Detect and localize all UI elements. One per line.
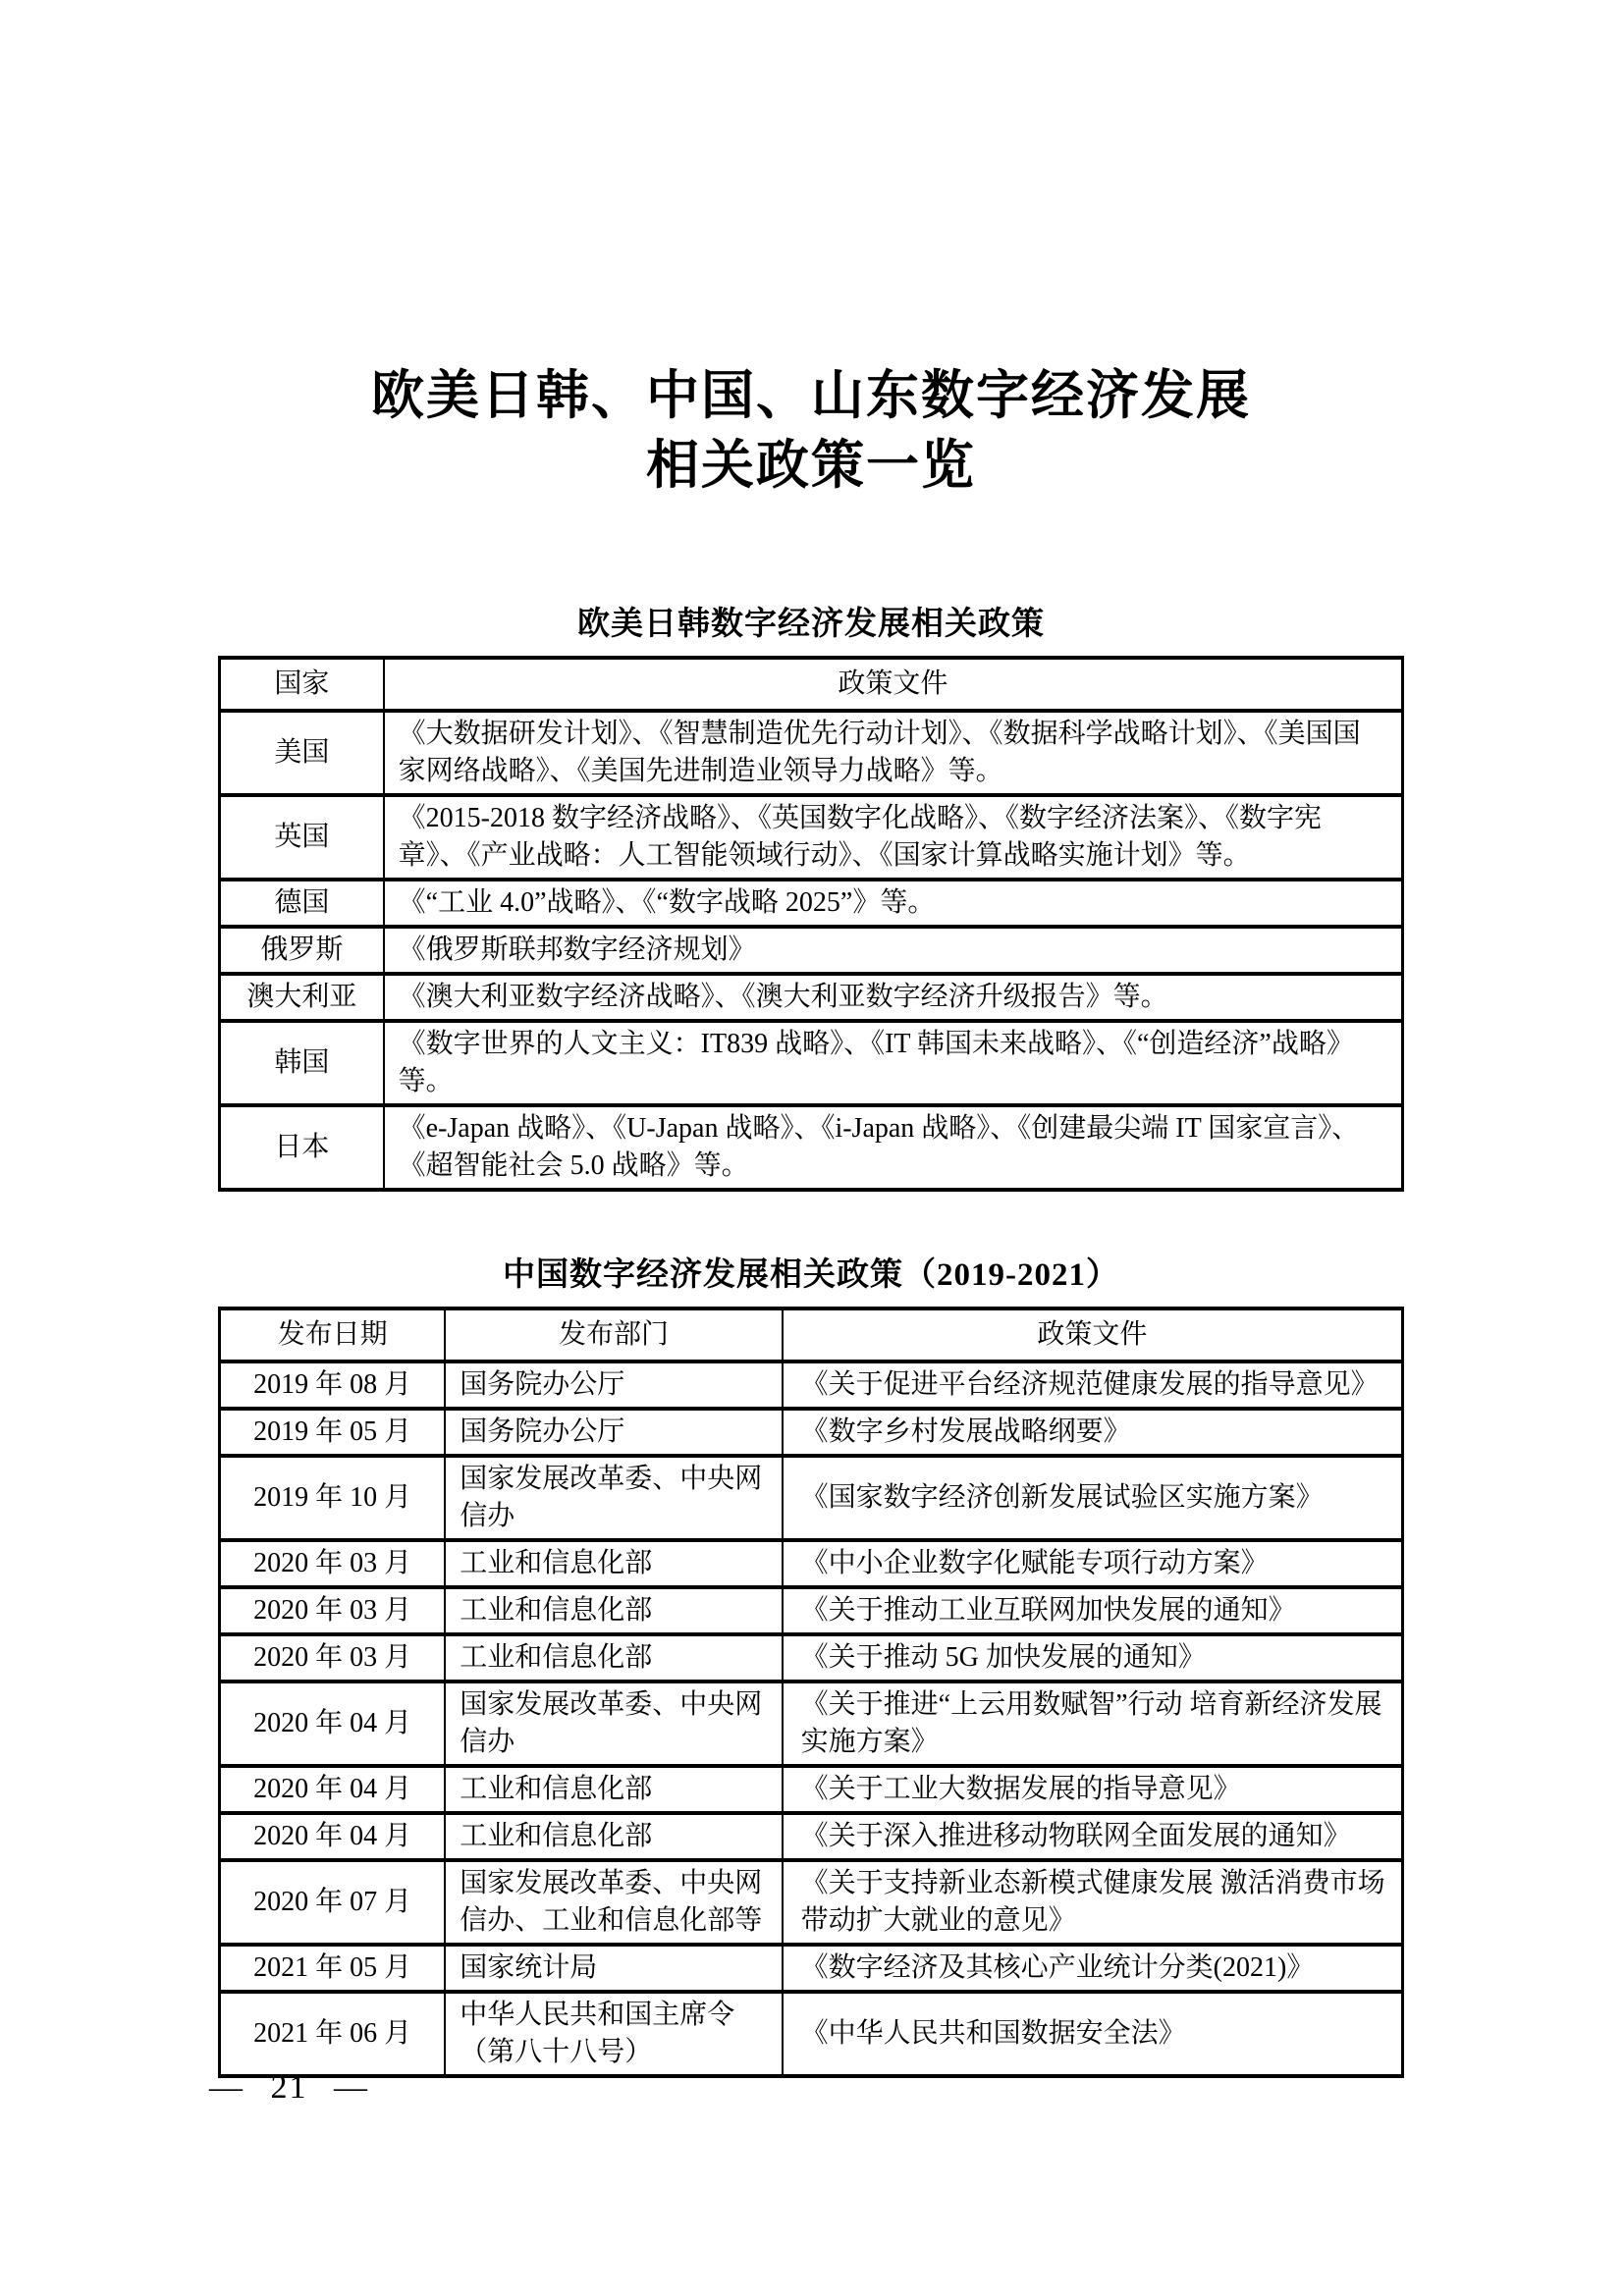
page-title-line2: 相关政策一览 bbox=[218, 431, 1404, 501]
table-cell: 国务院办公厅 bbox=[445, 1362, 782, 1409]
table-cell: 《关于工业大数据发展的指导意见》 bbox=[783, 1766, 1403, 1813]
table-row: 2020 年 03 月工业和信息化部《关于推动 5G 加快发展的通知》 bbox=[220, 1634, 1403, 1682]
header-row: 发布日期发布部门政策文件 bbox=[220, 1308, 1403, 1362]
page-title-line1: 欧美日韩、中国、山东数字经济发展 bbox=[218, 361, 1404, 431]
table-cell: 澳大利亚 bbox=[220, 974, 384, 1021]
table-cell: 工业和信息化部 bbox=[445, 1587, 782, 1634]
table-cell: 《关于促进平台经济规范健康发展的指导意见》 bbox=[783, 1362, 1403, 1409]
table-cell: 国家统计局 bbox=[445, 1945, 782, 1992]
table-cell: 《数字经济及其核心产业统计分类(2021)》 bbox=[783, 1945, 1403, 1992]
table-row: 2020 年 03 月工业和信息化部《关于推动工业互联网加快发展的通知》 bbox=[220, 1587, 1403, 1634]
table-cell: 日本 bbox=[220, 1105, 384, 1190]
table-row: 2019 年 05 月国务院办公厅《数字乡村发展战略纲要》 bbox=[220, 1409, 1403, 1456]
table-cell: 《澳大利亚数字经济战略》、《澳大利亚数字经济升级报告》等。 bbox=[384, 974, 1403, 1021]
table-row: 2020 年 07 月国家发展改革委、中央网信办、工业和信息化部等《关于支持新业… bbox=[220, 1860, 1403, 1945]
table-row: 2020 年 03 月工业和信息化部《中小企业数字化赋能专项行动方案》 bbox=[220, 1540, 1403, 1587]
table-row: 2021 年 06 月中华人民共和国主席令（第八十八号）《中华人民共和国数据安全… bbox=[220, 1992, 1403, 2076]
table-cell: 工业和信息化部 bbox=[445, 1766, 782, 1813]
column-header: 发布日期 bbox=[220, 1308, 446, 1362]
table-cell: 2020 年 03 月 bbox=[220, 1540, 446, 1587]
table1-caption: 欧美日韩数字经济发展相关政策 bbox=[218, 598, 1404, 644]
table-cell: 《中小企业数字化赋能专项行动方案》 bbox=[783, 1540, 1403, 1587]
document-page: 欧美日韩、中国、山东数字经济发展 相关政策一览 欧美日韩数字经济发展相关政策 国… bbox=[0, 0, 1624, 2296]
table-row: 2020 年 04 月国家发展改革委、中央网信办《关于推进“上云用数赋智”行动 … bbox=[220, 1682, 1403, 1766]
table-cell: 国务院办公厅 bbox=[445, 1409, 782, 1456]
table-cell: 2020 年 07 月 bbox=[220, 1860, 446, 1945]
table-cell: 《国家数字经济创新发展试验区实施方案》 bbox=[783, 1456, 1403, 1540]
column-header: 政策文件 bbox=[783, 1308, 1403, 1362]
table-row: 2021 年 05 月国家统计局《数字经济及其核心产业统计分类(2021)》 bbox=[220, 1945, 1403, 1992]
table-cell: 2020 年 04 月 bbox=[220, 1813, 446, 1860]
table-cell: 工业和信息化部 bbox=[445, 1813, 782, 1860]
table-cell: 国家发展改革委、中央网信办 bbox=[445, 1682, 782, 1766]
table-cell: 德国 bbox=[220, 880, 384, 927]
table-cell: 《关于深入推进移动物联网全面发展的通知》 bbox=[783, 1813, 1403, 1860]
table-cell: 《关于支持新业态新模式健康发展 激活消费市场带动扩大就业的意见》 bbox=[783, 1860, 1403, 1945]
table-cell: 《中华人民共和国数据安全法》 bbox=[783, 1992, 1403, 2076]
table-cell: 《数字世界的人文主义：IT839 战略》、《IT 韩国未来战略》、《“创造经济”… bbox=[384, 1021, 1403, 1105]
table-cell: 2019 年 05 月 bbox=[220, 1409, 446, 1456]
table-cell: 俄罗斯 bbox=[220, 927, 384, 974]
china-policy-table: 发布日期发布部门政策文件2019 年 08 月国务院办公厅《关于促进平台经济规范… bbox=[218, 1307, 1404, 2078]
table-cell: 2020 年 03 月 bbox=[220, 1634, 446, 1682]
page-number: — 21 — bbox=[209, 2069, 369, 2107]
table-row: 2020 年 04 月工业和信息化部《关于深入推进移动物联网全面发展的通知》 bbox=[220, 1813, 1403, 1860]
table-cell: 2019 年 08 月 bbox=[220, 1362, 446, 1409]
table2-caption: 中国数字经济发展相关政策（2019-2021） bbox=[218, 1249, 1404, 1295]
table-cell: 《俄罗斯联邦数字经济规划》 bbox=[384, 927, 1403, 974]
table-cell: 《e-Japan 战略》、《U-Japan 战略》、《i-Japan 战略》、《… bbox=[384, 1105, 1403, 1190]
table-row: 美国《大数据研发计划》、《智慧制造优先行动计划》、《数据科学战略计划》、《美国国… bbox=[220, 711, 1403, 795]
column-header: 国家 bbox=[220, 658, 384, 711]
table-row: 日本《e-Japan 战略》、《U-Japan 战略》、《i-Japan 战略》… bbox=[220, 1105, 1403, 1190]
table-cell: 国家发展改革委、中央网信办 bbox=[445, 1456, 782, 1540]
table-cell: 《关于推进“上云用数赋智”行动 培育新经济发展实施方案》 bbox=[783, 1682, 1403, 1766]
table-cell: 美国 bbox=[220, 711, 384, 795]
table-row: 英国《2015-2018 数字经济战略》、《英国数字化战略》、《数字经济法案》、… bbox=[220, 795, 1403, 880]
table-row: 德国《“工业 4.0”战略》、《“数字战略 2025”》等。 bbox=[220, 880, 1403, 927]
table-cell: 2021 年 05 月 bbox=[220, 1945, 446, 1992]
table-row: 2019 年 08 月国务院办公厅《关于促进平台经济规范健康发展的指导意见》 bbox=[220, 1362, 1403, 1409]
page-title: 欧美日韩、中国、山东数字经济发展 相关政策一览 bbox=[218, 361, 1404, 502]
header-row: 国家政策文件 bbox=[220, 658, 1403, 711]
table-cell: 工业和信息化部 bbox=[445, 1540, 782, 1587]
table-cell: 中华人民共和国主席令（第八十八号） bbox=[445, 1992, 782, 2076]
table-cell: 2020 年 04 月 bbox=[220, 1682, 446, 1766]
table-cell: 工业和信息化部 bbox=[445, 1634, 782, 1682]
table-cell: 2020 年 03 月 bbox=[220, 1587, 446, 1634]
table-cell: 2020 年 04 月 bbox=[220, 1766, 446, 1813]
table-row: 俄罗斯《俄罗斯联邦数字经济规划》 bbox=[220, 927, 1403, 974]
table-row: 韩国《数字世界的人文主义：IT839 战略》、《IT 韩国未来战略》、《“创造经… bbox=[220, 1021, 1403, 1105]
table-cell: 《数字乡村发展战略纲要》 bbox=[783, 1409, 1403, 1456]
table-cell: 英国 bbox=[220, 795, 384, 880]
table-cell: 2021 年 06 月 bbox=[220, 1992, 446, 2076]
column-header: 发布部门 bbox=[445, 1308, 782, 1362]
column-header: 政策文件 bbox=[384, 658, 1403, 711]
international-policy-table: 国家政策文件美国《大数据研发计划》、《智慧制造优先行动计划》、《数据科学战略计划… bbox=[218, 656, 1404, 1192]
table-cell: 2019 年 10 月 bbox=[220, 1456, 446, 1540]
table-cell: 《大数据研发计划》、《智慧制造优先行动计划》、《数据科学战略计划》、《美国国家网… bbox=[384, 711, 1403, 795]
table-row: 2020 年 04 月工业和信息化部《关于工业大数据发展的指导意见》 bbox=[220, 1766, 1403, 1813]
table-cell: 《关于推动工业互联网加快发展的通知》 bbox=[783, 1587, 1403, 1634]
table-cell: 国家发展改革委、中央网信办、工业和信息化部等 bbox=[445, 1860, 782, 1945]
table-cell: 《关于推动 5G 加快发展的通知》 bbox=[783, 1634, 1403, 1682]
table-cell: 《2015-2018 数字经济战略》、《英国数字化战略》、《数字经济法案》、《数… bbox=[384, 795, 1403, 880]
table-cell: 《“工业 4.0”战略》、《“数字战略 2025”》等。 bbox=[384, 880, 1403, 927]
table-row: 2019 年 10 月国家发展改革委、中央网信办《国家数字经济创新发展试验区实施… bbox=[220, 1456, 1403, 1540]
table-cell: 韩国 bbox=[220, 1021, 384, 1105]
table-row: 澳大利亚《澳大利亚数字经济战略》、《澳大利亚数字经济升级报告》等。 bbox=[220, 974, 1403, 1021]
